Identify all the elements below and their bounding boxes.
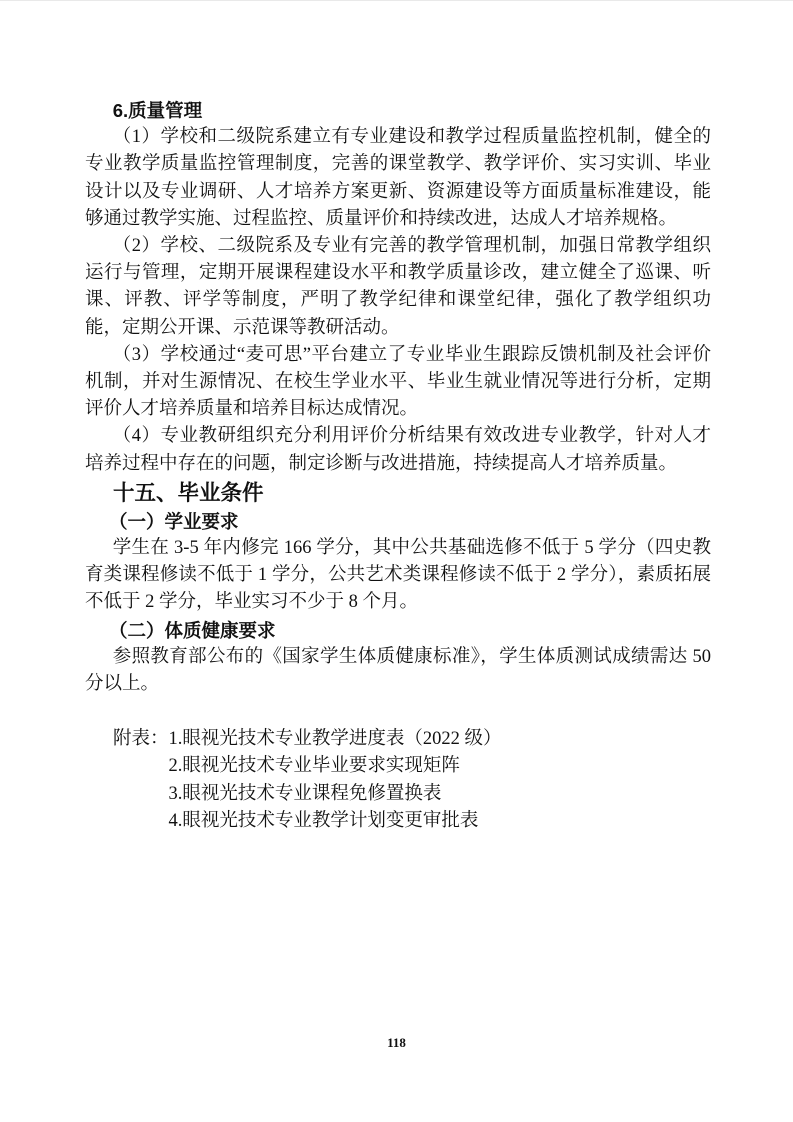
heading-physical-health-requirements: （二）体质健康要求 bbox=[85, 617, 711, 644]
appendix-table-list: 附表： 1.眼视光技术专业教学进度表（2022 级） 2.眼视光技术专业毕业要求… bbox=[85, 726, 711, 835]
quality-paragraph-1: （1）学校和二级院系建立有专业建设和教学过程质量监控机制，健全的专业教学质量监控… bbox=[85, 124, 711, 233]
appendix-item-2: 2.眼视光技术专业毕业要求实现矩阵 bbox=[169, 753, 711, 780]
appendix-item-1: 1.眼视光技术专业教学进度表（2022 级） bbox=[169, 726, 711, 753]
physical-health-paragraph: 参照教育部公布的《国家学生体质健康标准》，学生体质测试成绩需达 50 分以上。 bbox=[85, 644, 711, 698]
appendix-item-3: 3.眼视光技术专业课程免修置换表 bbox=[169, 781, 711, 808]
appendix-label: 附表： bbox=[113, 726, 169, 753]
heading-quality-management: 6.质量管理 bbox=[85, 97, 711, 124]
quality-paragraph-4: （4）专业教研组织充分利用评价分析结果有效改进专业教学，针对人才培养过程中存在的… bbox=[85, 423, 711, 477]
quality-paragraph-3: （3）学校通过“麦可思”平台建立了专业毕业生跟踪反馈机制及社会评价机制，并对生源… bbox=[85, 342, 711, 424]
appendix-item-4: 4.眼视光技术专业教学计划变更审批表 bbox=[169, 808, 711, 835]
page-content: 6.质量管理 （1）学校和二级院系建立有专业建设和教学过程质量监控机制，健全的专… bbox=[85, 97, 711, 835]
appendix-items: 1.眼视光技术专业教学进度表（2022 级） 2.眼视光技术专业毕业要求实现矩阵… bbox=[169, 726, 711, 835]
heading-graduation-conditions: 十五、毕业条件 bbox=[85, 478, 711, 508]
academic-requirements-paragraph: 学生在 3-5 年内修完 166 学分，其中公共基础选修不低于 5 学分（四史教… bbox=[85, 535, 711, 617]
heading-academic-requirements: （一）学业要求 bbox=[85, 508, 711, 535]
document-page: 6.质量管理 （1）学校和二级院系建立有专业建设和教学过程质量监控机制，健全的专… bbox=[0, 0, 793, 1122]
page-number: 118 bbox=[0, 1035, 793, 1051]
quality-paragraph-2: （2）学校、二级院系及专业有完善的教学管理机制，加强日常教学组织运行与管理，定期… bbox=[85, 233, 711, 342]
